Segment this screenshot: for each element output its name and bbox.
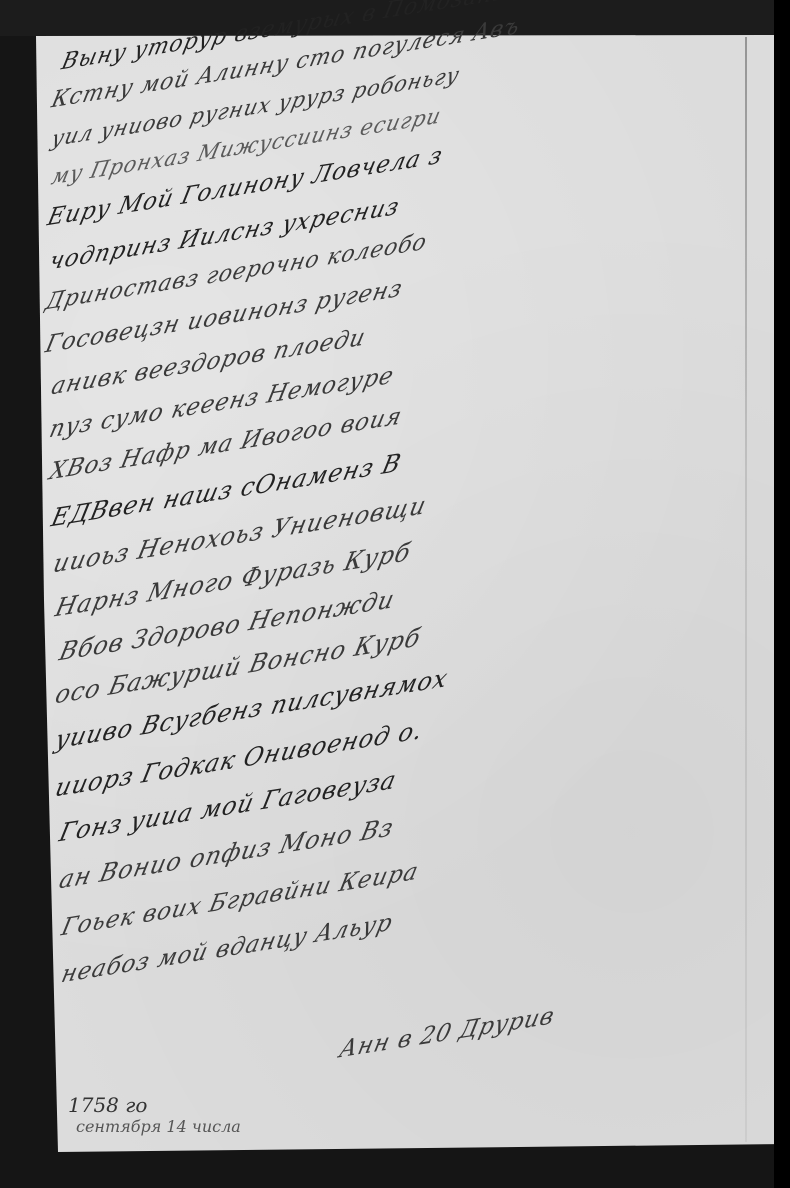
date-annotation-year: 1758 го [68, 1093, 147, 1117]
scanned-page: Выну уторур вземурых в Помозанів Кстну м… [0, 0, 790, 1188]
date-annotation-month: сентября 14 числа [76, 1117, 241, 1136]
handwritten-text: Выну уторур вземурых в Помозанів Кстну м… [0, 0, 790, 1188]
handwritten-line: Анн в 20 Друрив [337, 1002, 558, 1063]
